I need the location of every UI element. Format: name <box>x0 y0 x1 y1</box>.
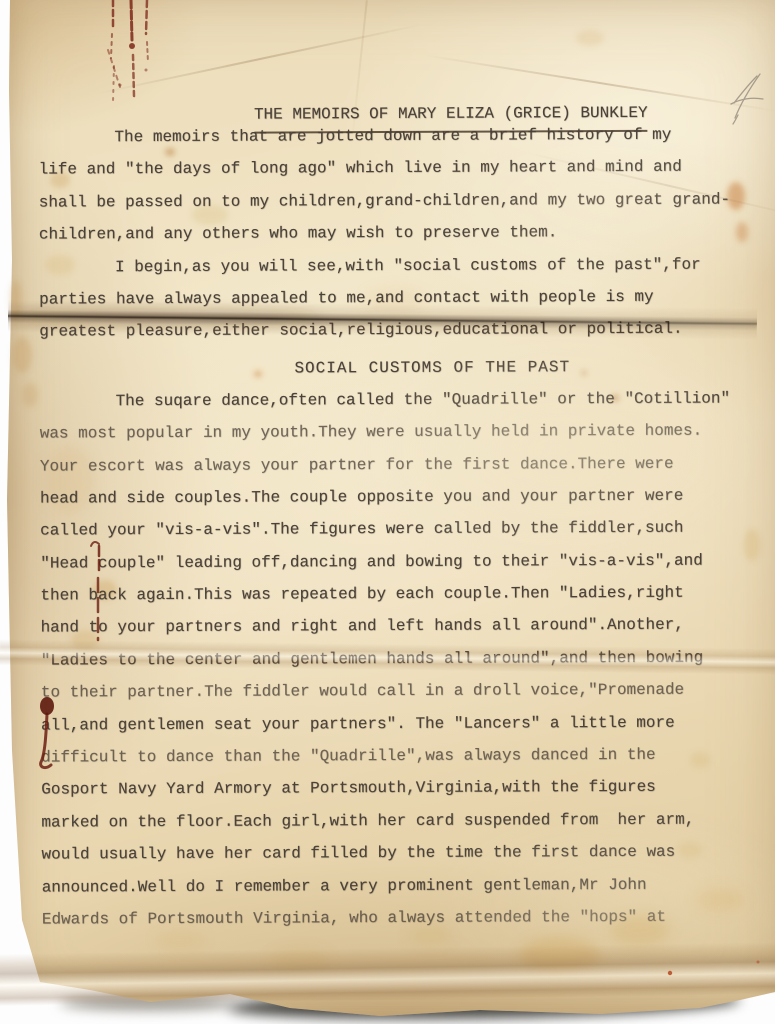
typed-line: Your escort was always your partner for … <box>40 447 742 482</box>
typed-line: announced.Well do I remember a very prom… <box>42 868 744 903</box>
typed-line: greatest pleasure,either social,religiou… <box>39 313 741 348</box>
typed-line: hand to your partners and right and left… <box>40 609 742 644</box>
typed-line: head and side couples.The couple opposit… <box>40 479 742 514</box>
typed-line: called your "vis-a-vis".The figures were… <box>40 512 742 547</box>
typed-line: I begin,as you will see,with "social cus… <box>39 248 741 283</box>
typed-line: then back again.This was repeated by eac… <box>40 577 742 612</box>
typed-line: "Head couple" leading off,dancing and bo… <box>40 544 742 579</box>
typed-line: The suqare dance,often called the "Quadr… <box>39 382 741 417</box>
typed-line: The memoirs that are jotted down are a b… <box>38 118 740 153</box>
typed-line: shall be passed on to my children,grand-… <box>39 183 741 218</box>
typed-line: "Ladies to the center and gentlemen hand… <box>41 641 743 676</box>
typed-line: marked on the floor.Each girl,with her c… <box>41 803 743 838</box>
section-heading: SOCIAL CUSTOMS OF THE PAST <box>294 350 741 384</box>
typed-line: life and "the days of long ago" which li… <box>38 151 740 186</box>
typed-line: would usually have her card filled by th… <box>41 836 743 871</box>
typed-line: children,and any others who may wish to … <box>39 216 741 251</box>
typed-line: Edwards of Portsmouth Virginia, who alwa… <box>42 900 744 935</box>
typed-text-block: THE MEMOIRS OF MARY ELIZA (GRICE) BUNKLE… <box>38 64 744 935</box>
typed-line: to their partner.The fiddler would call … <box>41 674 743 709</box>
typed-line: was most popular in my youth.They were u… <box>40 415 742 450</box>
typed-line: Gosport Navy Yard Armory at Portsmouth,V… <box>41 771 743 806</box>
document-title: THE MEMOIRS OF MARY ELIZA (GRICE) BUNKLE… <box>196 64 740 98</box>
typed-line: all,and gentlemen seat your partners". T… <box>41 706 743 741</box>
typed-line: difficult to dance than the "Quadrille",… <box>41 738 743 773</box>
typed-line: parties have always appealed to me,and c… <box>39 280 741 315</box>
scanned-document: THE MEMOIRS OF MARY ELIZA (GRICE) BUNKLE… <box>0 0 775 1024</box>
